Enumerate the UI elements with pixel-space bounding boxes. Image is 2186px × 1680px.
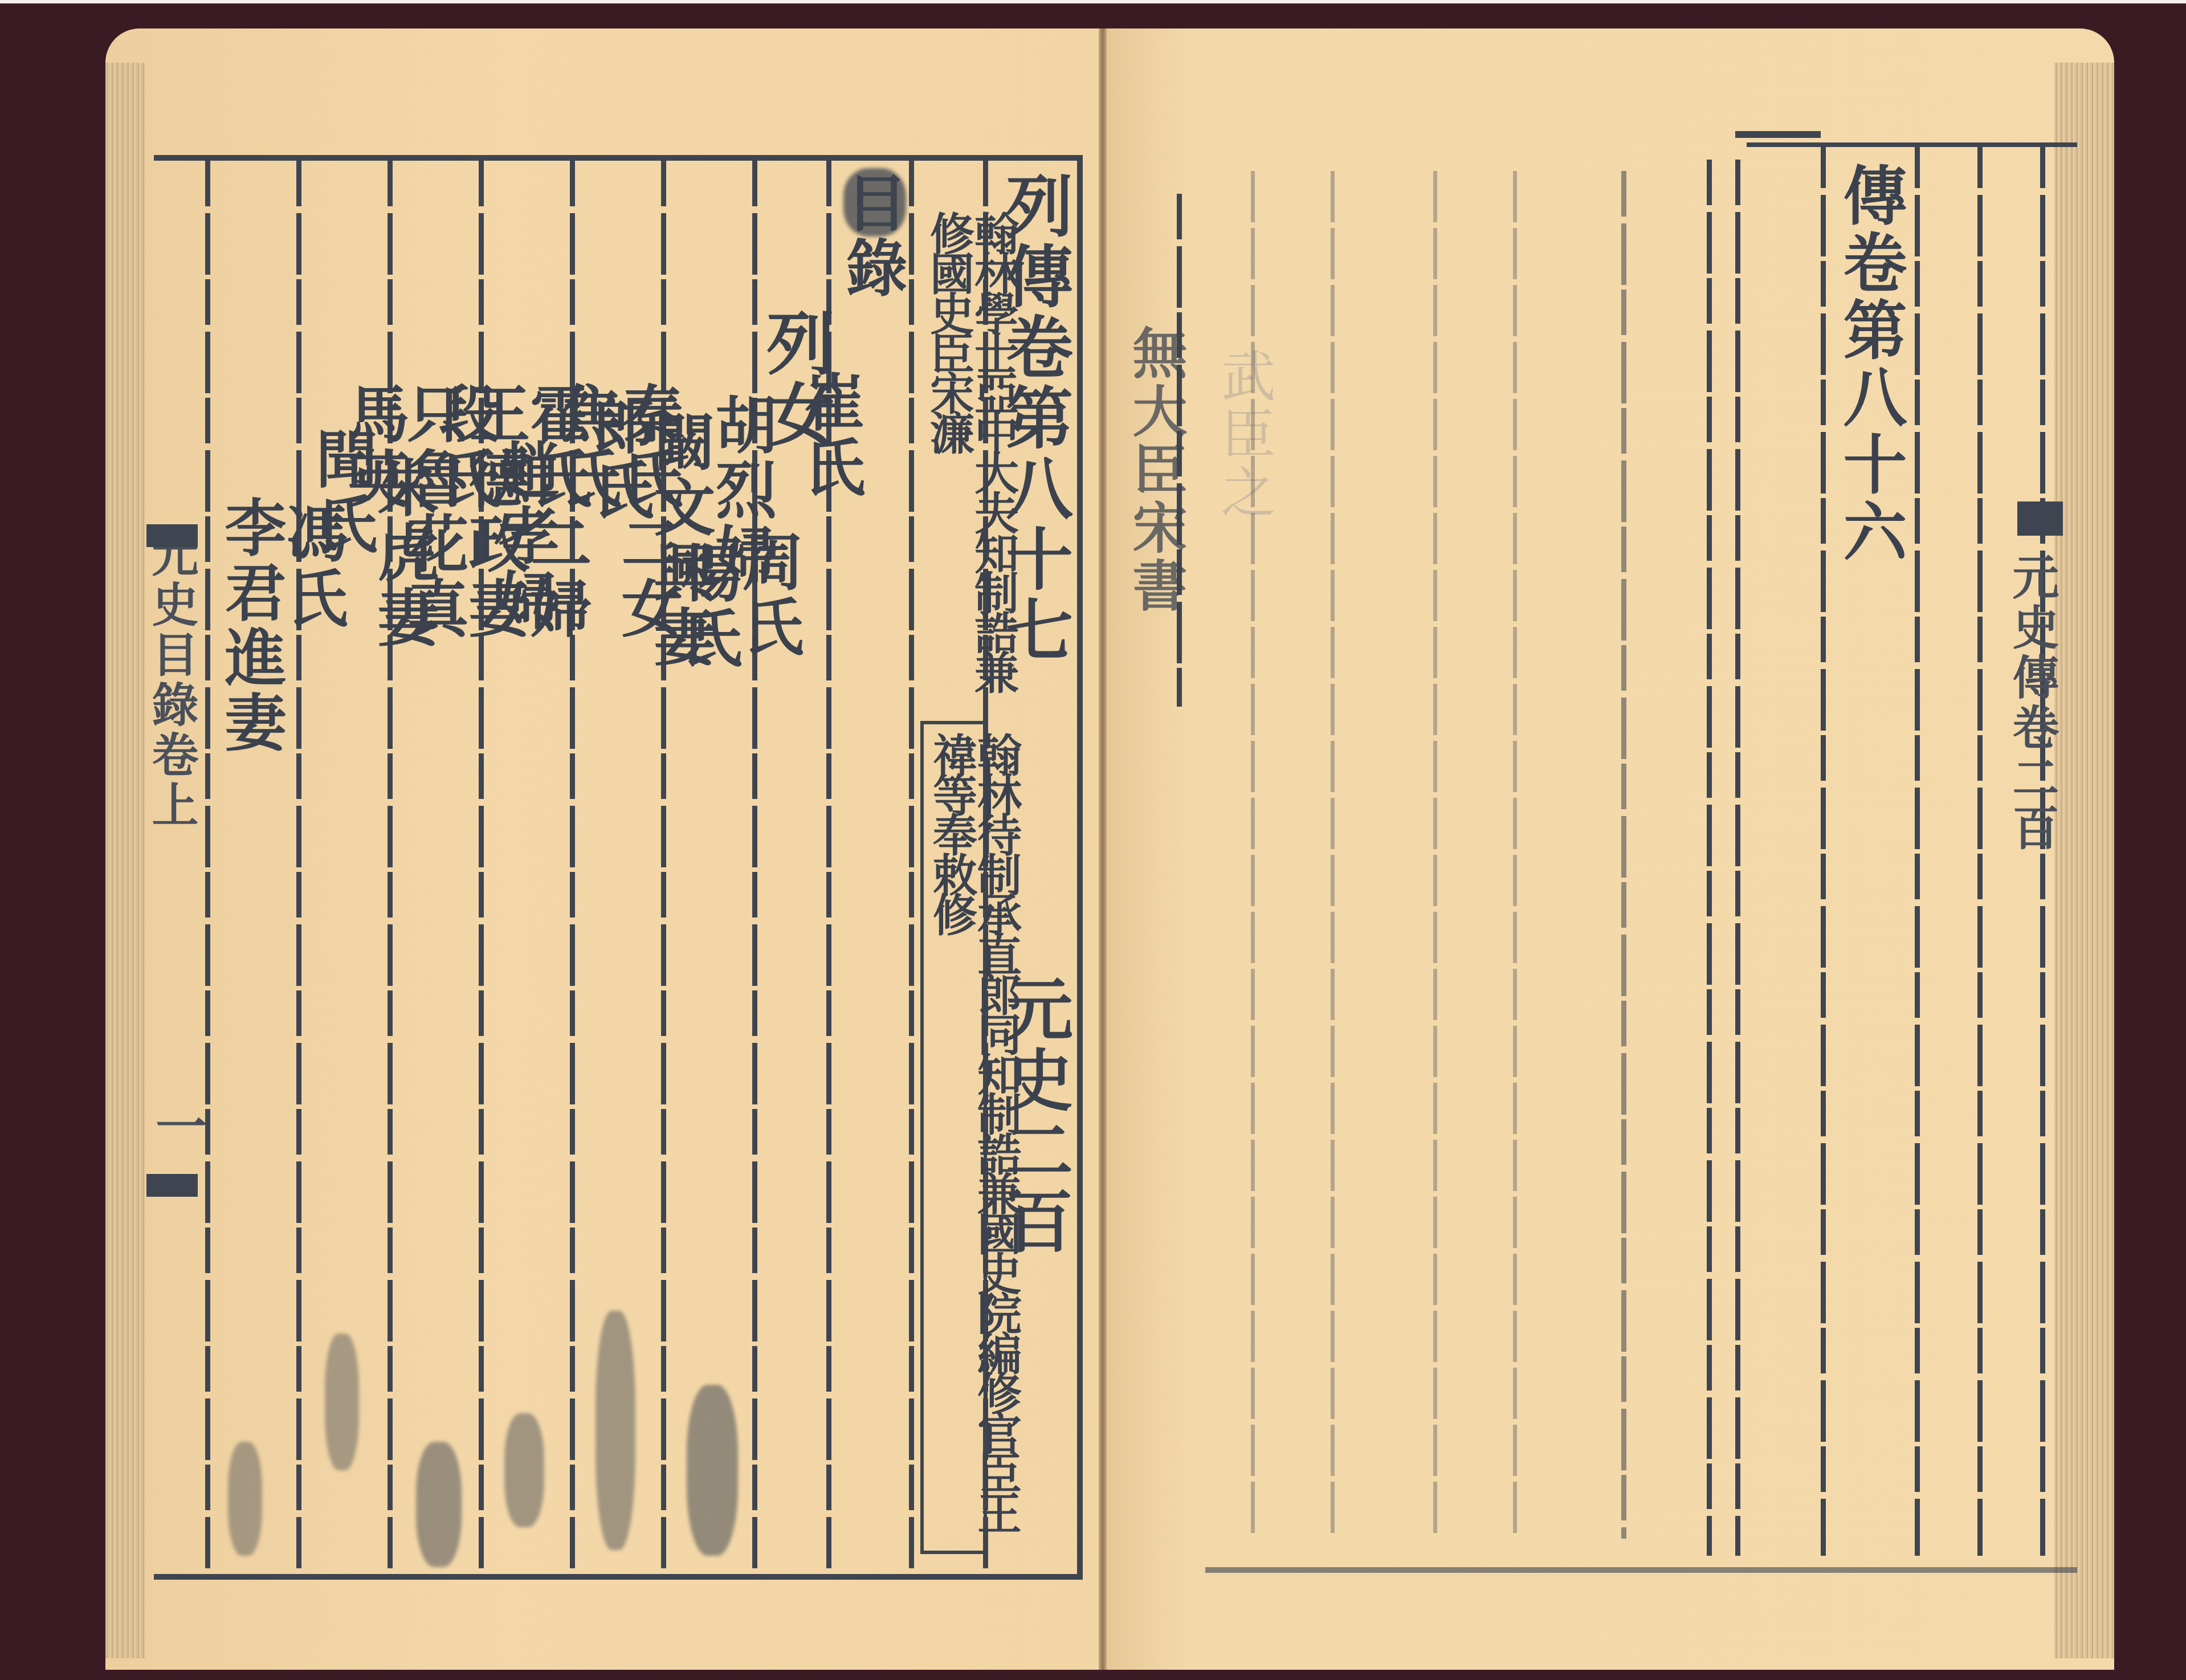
name-entry: 李君進妻 <box>219 496 281 756</box>
column-rule <box>296 161 301 1568</box>
column-rule <box>388 161 393 1568</box>
fish-tail-mark <box>146 1174 198 1197</box>
book-gutter <box>1099 28 1107 1670</box>
compiler-line-1: 翰林學士亞中大夫知制誥兼修國史臣宋濂 <box>926 211 1015 724</box>
name-entry: 胡烈婦 <box>710 393 772 670</box>
name-entry: 段氏 <box>434 382 495 651</box>
column-rule <box>1621 171 1626 1539</box>
offset-rule <box>1177 194 1182 707</box>
ink-bleed <box>228 1442 262 1556</box>
compiler-line-2: 翰林待制承直郎同知制誥兼國史院編修官臣王禕等奉敕修 <box>929 732 1018 1542</box>
column-rule <box>479 161 484 1568</box>
faint-rule <box>1251 171 1255 1539</box>
ink-smudge <box>843 168 906 236</box>
name-entry: 崔氏 <box>798 370 860 671</box>
scan-top-strip <box>0 0 2186 3</box>
right-frame-top <box>1747 142 2077 147</box>
name-entry: 秦氏二女 <box>616 382 678 642</box>
column-rule <box>661 161 666 1568</box>
ghost-text: 武臣之 <box>1217 348 1271 522</box>
faint-rule <box>1331 171 1335 1539</box>
name-entry: 馬英 <box>342 382 404 756</box>
open-book: 列傳卷第八十七 元史二百 翰林學士亞中大夫知制誥兼修國史臣宋濂 翰林待制承直郎同… <box>105 28 2114 1670</box>
right-page-title: 傳卷第八十六 <box>1838 162 1902 566</box>
column-rule <box>1735 160 1740 1556</box>
column-rule <box>1977 142 1983 1556</box>
right-page-edge-stack <box>2054 63 2114 1658</box>
column-rule <box>1915 142 1920 1556</box>
column-rule <box>1707 160 1712 1556</box>
ink-bleed <box>596 1311 635 1550</box>
column-rule <box>1821 142 1826 1556</box>
ink-bleed <box>687 1385 738 1556</box>
name-column-6: 馬英 馮氏 李君進妻 <box>219 382 404 818</box>
ink-bleed <box>504 1413 544 1527</box>
right-frame-bottom <box>1205 1567 2077 1573</box>
fold-margin-title: 元史目錄卷上 <box>148 530 195 831</box>
column-rule <box>909 161 914 1568</box>
faint-rule <box>1513 171 1517 1539</box>
left-page-edge-stack <box>105 63 145 1658</box>
column-rule <box>205 161 210 1568</box>
name-entry: 馮氏 <box>281 501 342 756</box>
offset-print-text: 無大臣宋書 <box>1128 325 1183 615</box>
right-fold-margin-title: 元史傳卷二百 <box>2009 553 2056 854</box>
faint-rule <box>1433 171 1437 1539</box>
fish-tail-mark <box>2017 501 2063 536</box>
ink-bleed <box>325 1334 359 1470</box>
name-entry: 霍氏二婦 <box>525 382 586 642</box>
right-page <box>1106 28 2114 1670</box>
column-rule <box>570 161 575 1568</box>
top-rule <box>1735 131 1821 138</box>
ink-bleed <box>416 1442 462 1567</box>
fish-tail-mark <box>146 524 198 547</box>
fold-margin-page-number: 一 <box>151 1100 202 1155</box>
